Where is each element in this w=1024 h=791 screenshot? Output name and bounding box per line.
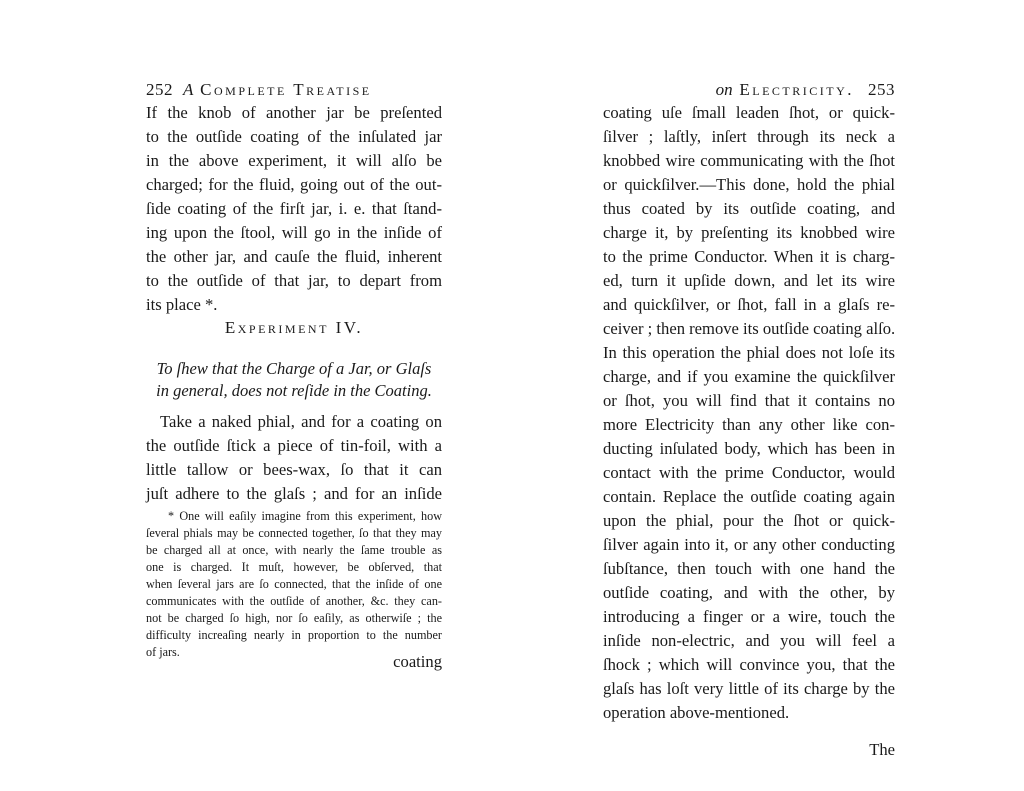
text-line: charge, and if you examine the quickſilv…: [603, 365, 895, 389]
experiment-subtitle-line: in general, does not reſide in the Coati…: [146, 380, 442, 402]
footnote-line: communicates with the outſide of another…: [146, 593, 442, 610]
footnote-line: one is charged. It muſt, however, be obſ…: [146, 559, 442, 576]
text-line: charged; for the fluid, going out of the…: [146, 173, 442, 197]
running-title-prefix: on: [716, 80, 733, 99]
text-line: In this operation the phial does not loſ…: [603, 341, 895, 365]
footnote-line: not be charged ſo high, nor ſo eaſily, a…: [146, 610, 442, 627]
page-number: 252: [146, 80, 173, 99]
footnote-line: difficulty increaſing nearly in proporti…: [146, 627, 442, 644]
text-line: coating uſe ſmall leaden ſhot, or quick-: [603, 101, 895, 125]
text-line: ſilver again into it, or any other condu…: [603, 533, 895, 557]
catchword: coating: [393, 652, 442, 672]
text-line: juſt adhere to the glaſs ; and for an in…: [146, 482, 442, 506]
running-title-text: Complete Treatise: [200, 80, 372, 99]
text-line: knobbed wire communicating with the ſhot: [603, 149, 895, 173]
text-line: more Electricity than any other like con…: [603, 413, 895, 437]
running-title-text: Electricity.: [739, 80, 854, 99]
page-number: 253: [868, 80, 895, 99]
text-line: If the knob of another jar be preſented: [146, 101, 442, 125]
text-line: ſhock ; which will convince you, that th…: [603, 653, 895, 677]
text-line: to the prime Conductor. When it is charg…: [603, 245, 895, 269]
text-line: the other jar, and cauſe the fluid, inhe…: [146, 245, 442, 269]
text-line: contact with the prime Conductor, would: [603, 461, 895, 485]
text-line: the outſide ſtick a piece of tin-foil, w…: [146, 434, 442, 458]
footnote-line: when ſeveral jars are ſo connected, that…: [146, 576, 442, 593]
experiment-subtitle-line: To ſhew that the Charge of a Jar, or Gla…: [146, 358, 442, 380]
running-title: A Complete Treatise: [183, 80, 372, 99]
footnote-line: * One will eaſily imagine from this expe…: [146, 508, 442, 525]
text-line: or quickſilver.—This done, hold the phia…: [603, 173, 895, 197]
text-line: introducing a finger or a wire, touch th…: [603, 605, 895, 629]
text-line: ed, turn it upſide down, and let its wir…: [603, 269, 895, 293]
text-line: its place *.: [146, 293, 442, 317]
running-title: on Electricity.: [716, 80, 854, 99]
text-line: to the outſide of that jar, to depart fr…: [146, 269, 442, 293]
text-line: Take a naked phial, and for a coating on: [146, 410, 442, 434]
text-line: little tallow or bees-wax, ſo that it ca…: [146, 458, 442, 482]
text-line: contain. Replace the outſide coating aga…: [603, 485, 895, 509]
text-line: upon the phial, pour the ſhot or quick-: [603, 509, 895, 533]
running-title-prefix: A: [183, 80, 193, 99]
text-line: and quickſilver, or ſhot, fall in a glaſ…: [603, 293, 895, 317]
running-head-right: on Electricity.253: [603, 80, 895, 102]
text-line: to the outſide coating of the inſulated …: [146, 125, 442, 149]
experiment-heading: Experiment IV.: [146, 318, 442, 338]
text-line: ing upon the ſtool, will go in the inſid…: [146, 221, 442, 245]
text-line: ſilver ; laſtly, inſert through its neck…: [603, 125, 895, 149]
text-line: ſide coating of the firſt jar, i. e. tha…: [146, 197, 442, 221]
text-line: ceiver ; then remove its outſide coating…: [603, 317, 895, 341]
text-line: thus coated by its outſide coating, and: [603, 197, 895, 221]
running-head-left: 252A Complete Treatise: [146, 80, 442, 102]
footnote-line: be charged all at once, with nearly the …: [146, 542, 442, 559]
text-line: glaſs has loſt very little of its charge…: [603, 677, 895, 701]
text-line: charge it, by preſenting its knobbed wir…: [603, 221, 895, 245]
text-line: or ſhot, you will find that it contains …: [603, 389, 895, 413]
text-line: ſubſtance, then touch with one hand the: [603, 557, 895, 581]
text-line: operation above-mentioned.: [603, 701, 895, 725]
text-line: in the above experiment, it will alſo be: [146, 149, 442, 173]
text-line: inſide non-electric, and you will feel a: [603, 629, 895, 653]
text-line: ducting inſulated body, which has been i…: [603, 437, 895, 461]
text-line: outſide coating, and with the other, by: [603, 581, 895, 605]
catchword: The: [869, 740, 895, 760]
footnote-line: ſeveral phials may be connected together…: [146, 525, 442, 542]
